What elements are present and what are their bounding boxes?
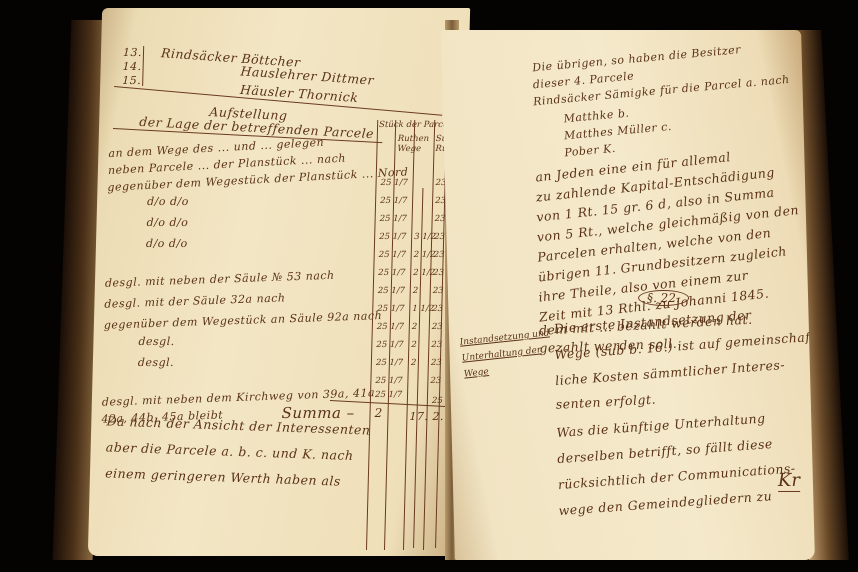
signature: Kr: [778, 470, 801, 492]
summa-above-1: 25 1/7: [375, 390, 402, 400]
margin-note: Instandsetzung und Unterhaltung der Wege: [459, 325, 555, 382]
column-header-2: Ruthen Wege: [397, 134, 432, 154]
section-mark: §. 22.: [638, 290, 689, 306]
footer-lines: Da nach der Ansicht der Interessenten ab…: [104, 418, 370, 496]
section-body: Die erste Instandsetzung der Wege (sub b…: [553, 312, 814, 520]
right-page: Die übrigen, so haben die Besitzer diese…: [441, 30, 815, 560]
summa-value-1: 2: [374, 406, 383, 420]
open-ledger: 13. 14. 15. Rindsäcker Böttcher Hauslehr…: [0, 0, 858, 572]
left-page: 13. 14. 15. Rindsäcker Böttcher Hauslehr…: [88, 8, 470, 556]
body-lines: an dem Wege des ... und ... gelegen nebe…: [101, 140, 378, 425]
header-numbers: 13. 14. 15.: [122, 46, 142, 88]
column-1-values: 25 1/7 25 1/7 25 1/7 25 1/7 25 1/7 25 1/…: [375, 178, 408, 394]
